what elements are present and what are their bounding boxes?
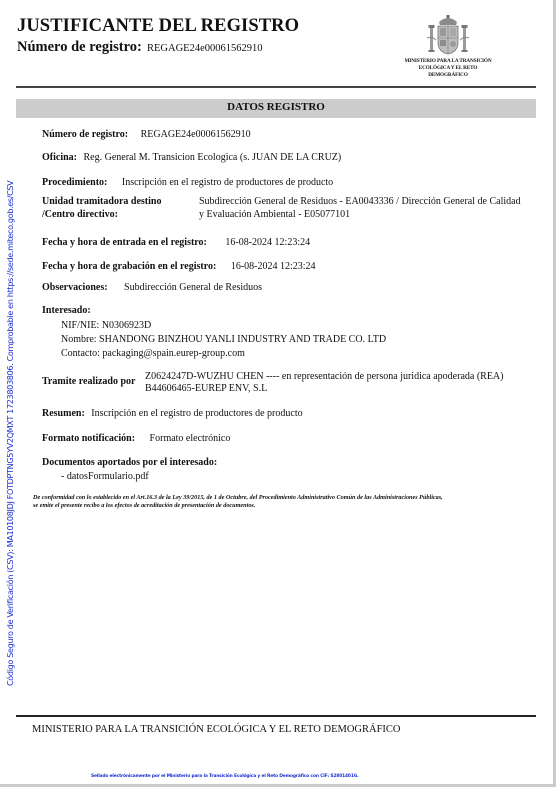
field-label: Documentos aportados por el interesado: bbox=[42, 457, 217, 468]
field-registry-number: Número de registro: REGAGE24e00061562910 bbox=[42, 129, 251, 140]
document-title: JUSTIFICANTE DEL REGISTRO bbox=[17, 16, 299, 37]
field-unit-value: Subdirección General de Residuos - EA004… bbox=[199, 196, 521, 220]
field-value: Subdirección General de Residuos bbox=[124, 282, 262, 293]
footer-ministry: MINISTERIO PARA LA TRANSICIÓN ECOLÓGICA … bbox=[32, 724, 401, 735]
logo-caption-line: ECOLÓGICA Y EL RETO bbox=[395, 65, 501, 72]
field-value: Subdirección General de Residuos - EA004… bbox=[199, 196, 521, 207]
field-documents-label: Documentos aportados por el interesado: bbox=[42, 457, 217, 468]
field-unit-label: Unidad tramitadora destino /Centro direc… bbox=[42, 196, 161, 220]
interested-contact: Contacto: packaging@spain.eurep-group.co… bbox=[61, 348, 245, 359]
field-label: /Centro directivo: bbox=[42, 209, 161, 220]
field-label: Oficina: bbox=[42, 152, 77, 163]
field-procedure: Procedimiento: Inscripción en el registr… bbox=[42, 177, 333, 188]
field-label: Fecha y hora de entrada en el registro: bbox=[42, 237, 207, 248]
field-label: Fecha y hora de grabación en el registro… bbox=[42, 261, 216, 272]
field-interested-label: Interesado: bbox=[42, 305, 91, 316]
field-notification-format: Formato notificación: Formato electrónic… bbox=[42, 433, 230, 444]
electronic-seal-text: Sellado electrónicamente por el Minister… bbox=[91, 774, 359, 779]
interested-nif: NIF/NIE: N0306923D bbox=[61, 320, 151, 331]
field-value: 16-08-2024 12:23:24 bbox=[225, 237, 310, 248]
legal-notice-line: se emite el presente recibo a los efecto… bbox=[33, 502, 443, 510]
field-label: Tramite realizado por bbox=[42, 376, 136, 387]
field-value: Inscripción en el registro de productore… bbox=[122, 177, 333, 188]
field-label: Número de registro: bbox=[42, 129, 128, 140]
ministry-logo-caption: MINISTERIO PARA LA TRANSICIÓN ECOLÓGICA … bbox=[395, 58, 501, 79]
field-value: 16-08-2024 12:23:24 bbox=[231, 261, 316, 272]
document-item: - datosFormulario.pdf bbox=[61, 471, 149, 482]
field-label: Formato notificación: bbox=[42, 433, 135, 444]
field-label: Procedimiento: bbox=[42, 177, 107, 188]
field-summary: Resumen: Inscripción en el registro de p… bbox=[42, 408, 303, 419]
field-value: Inscripción en el registro de productore… bbox=[91, 408, 302, 419]
footer-divider bbox=[16, 715, 536, 717]
field-value: y Evaluación Ambiental - E05077101 bbox=[199, 209, 521, 220]
header-divider bbox=[16, 86, 536, 88]
legal-notice-line: De conformidad con lo establecido en el … bbox=[33, 494, 443, 502]
field-value: REGAGE24e00061562910 bbox=[141, 129, 251, 140]
registry-number-label: Número de registro: bbox=[17, 39, 142, 56]
logo-caption-line: MINISTERIO PARA LA TRANSICIÓN bbox=[395, 58, 501, 65]
spain-coat-of-arms-icon bbox=[424, 14, 472, 58]
field-value: Reg. General M. Transicion Ecologica (s.… bbox=[84, 152, 342, 163]
csv-verification-text: Código Seguro de Verificación (CSV): MA1… bbox=[5, 181, 15, 686]
field-label: Resumen: bbox=[42, 408, 85, 419]
field-value: Formato electrónico bbox=[150, 433, 231, 444]
field-processed-by-label: Tramite realizado por bbox=[42, 376, 136, 387]
field-office: Oficina: Reg. General M. Transicion Ecol… bbox=[42, 152, 341, 163]
section-title: DATOS REGISTRO bbox=[16, 101, 536, 113]
field-entry-date: Fecha y hora de entrada en el registro: … bbox=[42, 237, 310, 248]
field-record-date: Fecha y hora de grabación en el registro… bbox=[42, 261, 316, 272]
registry-number-value: REGAGE24e00061562910 bbox=[147, 43, 263, 54]
logo-caption-line: DEMOGRÁFICO bbox=[395, 72, 501, 79]
field-label: Interesado: bbox=[42, 305, 91, 316]
field-processed-by-value: Z0624247D-WUZHU CHEN ---- en representac… bbox=[145, 371, 503, 394]
legal-notice: De conformidad con lo establecido en el … bbox=[33, 494, 443, 511]
field-observations: Observaciones: Subdirección General de R… bbox=[42, 282, 262, 293]
interested-name: Nombre: SHANDONG BINZHOU YANLI INDUSTRY … bbox=[61, 334, 386, 345]
field-value: Z0624247D-WUZHU CHEN ---- en representac… bbox=[145, 371, 503, 382]
field-label: Unidad tramitadora destino bbox=[42, 196, 161, 207]
field-label: Observaciones: bbox=[42, 282, 108, 293]
field-value: B44606465-EUREP ENV, S.L bbox=[145, 383, 503, 394]
